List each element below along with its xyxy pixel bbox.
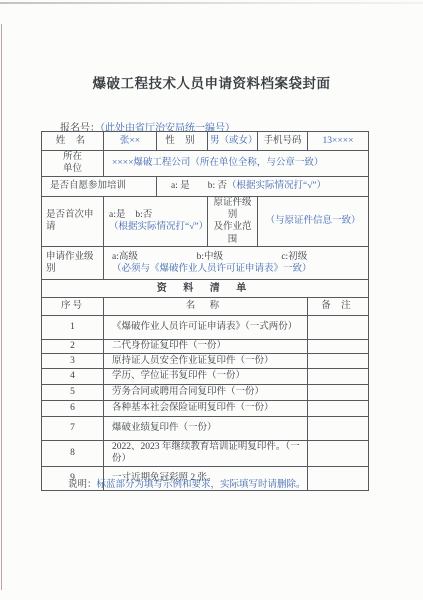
operation-level-hint: （必须与《爆破作业人员许可证申请表》一致） <box>107 263 366 275</box>
first-application-hint: （根据实际情况打“√”） <box>109 221 205 233</box>
scan-artifact-left-line <box>1 24 2 590</box>
name-label: 姓 名 <box>42 132 104 151</box>
training-options: a: 是b: 否（根据实际情况打“√”） <box>157 176 369 196</box>
item-no: 8 <box>42 441 104 467</box>
item-remark <box>308 369 369 385</box>
item-no: 4 <box>42 369 104 385</box>
training-label: 是否自愿参加培训 <box>42 176 157 196</box>
item-name: 劳务合同或聘用合同复印件（一份） <box>104 385 308 401</box>
list-item-row: 4 学历、学位证书复印件（一份） <box>42 369 369 385</box>
first-application-yes: a:是 <box>109 210 125 220</box>
training-option-yes: a: 是 <box>171 181 190 191</box>
gender-label: 性 别 <box>157 132 208 151</box>
footer-note-text: 标蓝部分为填写示例和要求，实际填写时请删除。 <box>97 480 306 490</box>
page-title: 爆破工程技术人员申请资料档案袋封面 <box>0 72 423 92</box>
scan-artifact-top-line <box>0 2 423 4</box>
table-row: 是否自愿参加培训 a: 是b: 否（根据实际情况打“√”） <box>42 176 369 196</box>
level-option-b: b:中级 <box>197 251 282 263</box>
first-application-no: b:否 <box>135 210 152 220</box>
materials-section-title: 资 料 清 单 <box>42 280 369 298</box>
item-no: 3 <box>42 354 104 369</box>
phone-label: 手机号码 <box>258 132 308 151</box>
table-row: 申请作业级别 a:高级 b:中级 c:初级 （必须与《爆破作业人员许可证申请表》… <box>42 247 369 280</box>
item-name: 各种基本社会保险证明复印件（一份） <box>104 401 308 417</box>
item-name: 原持证人员安全作业证复印件（一份） <box>104 354 308 369</box>
table-row: 姓 名 张×× 性 别 男（或女） 手机号码 13×××× <box>42 132 369 151</box>
item-remark <box>308 417 369 441</box>
gender-value: 男（或女） <box>208 132 258 151</box>
table-row: 是否首次申请 a:是b:否 （根据实际情况打“√”） 原证件级别 及作业范围 （… <box>42 196 369 246</box>
item-remark <box>308 441 369 467</box>
name-value: 张×× <box>104 132 157 151</box>
item-remark <box>308 340 369 354</box>
item-no: 6 <box>42 401 104 417</box>
first-application-label: 是否首次申请 <box>42 196 104 246</box>
operation-level-label: 申请作业级别 <box>42 247 104 280</box>
item-name: 学历、学位证书复印件（一份） <box>104 369 308 385</box>
item-name: 爆破业绩复印件（一份） <box>104 417 308 441</box>
column-header-name: 名 称 <box>104 298 308 316</box>
list-item-row: 8 2022、2023 年继续教育培训证明复印件。（一份） <box>42 441 369 467</box>
list-item-row: 2 二代身份证复印件（一份） <box>42 340 369 354</box>
item-remark <box>308 316 369 340</box>
application-cover-table: 姓 名 张×× 性 别 男（或女） 手机号码 13×××× 所在 单位 ××××… <box>41 131 369 491</box>
list-item-row: 6 各种基本社会保险证明复印件（一份） <box>42 401 369 417</box>
list-item-row: 3 原持证人员安全作业证复印件（一份） <box>42 354 369 369</box>
operation-level-options: a:高级 b:中级 c:初级 （必须与《爆破作业人员许可证申请表》一致） <box>104 247 369 280</box>
item-name: 二代身份证复印件（一份） <box>104 340 308 354</box>
item-remark <box>308 466 369 490</box>
item-no: 2 <box>42 340 104 354</box>
table-row: 资 料 清 单 <box>42 280 369 298</box>
item-remark <box>308 354 369 369</box>
table-row: 序号 名 称 备 注 <box>42 298 369 316</box>
scanned-document-page: 爆破工程技术人员申请资料档案袋封面 报名号：（此处由省厅治安局统一编号） 姓 名… <box>0 0 423 600</box>
item-no: 7 <box>42 417 104 441</box>
item-name: 2022、2023 年继续教育培训证明复印件。（一份） <box>104 441 308 467</box>
original-cert-label: 原证件级别 及作业范围 <box>208 196 258 246</box>
first-application-options: a:是b:否 （根据实际情况打“√”） <box>104 196 208 246</box>
list-item-row: 1 《爆破作业人员许可证申请表》（一式两份） <box>42 316 369 340</box>
column-header-no: 序号 <box>42 298 104 316</box>
list-item-row: 5 劳务合同或聘用合同复印件（一份） <box>42 385 369 401</box>
training-hint: （根据实际情况打“√”） <box>227 181 326 191</box>
footer-note-label: 说明： <box>68 480 97 490</box>
column-header-remark: 备 注 <box>308 298 369 316</box>
unit-label: 所在 单位 <box>42 151 104 177</box>
footer-note: 说明：标蓝部分为填写示例和要求，实际填写时请删除。 <box>68 476 306 490</box>
item-remark <box>308 385 369 401</box>
level-option-a: a:高级 <box>112 251 197 263</box>
training-option-no: b: 否 <box>208 181 227 191</box>
original-cert-value: （与原证件信息一致） <box>258 196 369 246</box>
list-item-row: 7 爆破业绩复印件（一份） <box>42 417 369 441</box>
table-row: 所在 单位 ××××爆破工程公司（所在单位全称，与公章一致） <box>42 151 369 177</box>
phone-value: 13×××× <box>308 132 369 151</box>
level-option-c: c:初级 <box>281 251 366 263</box>
unit-value: ××××爆破工程公司（所在单位全称，与公章一致） <box>104 151 369 177</box>
item-remark <box>308 401 369 417</box>
item-no: 1 <box>42 316 104 340</box>
item-no: 5 <box>42 385 104 401</box>
item-name: 《爆破作业人员许可证申请表》（一式两份） <box>104 316 308 340</box>
